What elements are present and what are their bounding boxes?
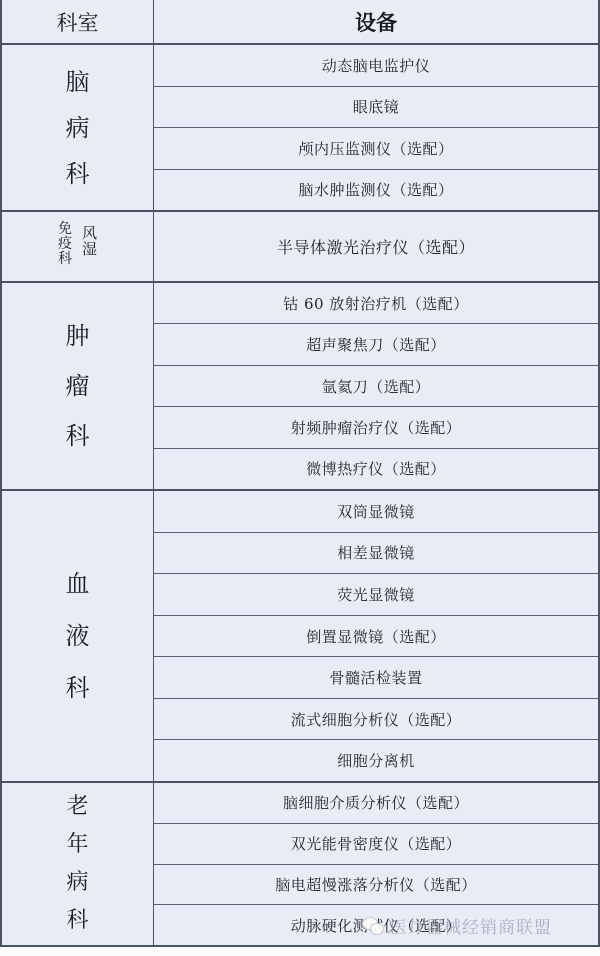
equipment-item: 射频肿瘤治疗仪（选配） (154, 407, 598, 448)
equipment-item: 脑细胞介质分析仪（选配） (154, 783, 598, 824)
header-department: 科室 (2, 0, 154, 43)
department-cell-oncology: 肿 瘤 科 (2, 283, 154, 489)
equipment-item: 半导体激光治疗仪（选配） (154, 212, 598, 281)
equipment-item: 动态脑电监护仪 (154, 45, 598, 87)
header-equipment: 设备 (154, 0, 598, 43)
equipment-item: 细胞分离机 (154, 740, 598, 781)
table-header-row: 科室 设备 (2, 0, 598, 45)
department-column-left: 免 疫 科 (58, 222, 72, 266)
section-hematology: 血 液 科 双筒显微镜 相差显微镜 荧光显微镜 倒置显微镜（选配） 骨髓活检装置… (2, 491, 598, 783)
section-geriatrics: 老 年 病 科 脑细胞介质分析仪（选配） 双光能骨密度仪（选配） 脑电超慢涨落分… (2, 783, 598, 945)
equipment-item: 氩氦刀（选配） (154, 366, 598, 407)
department-char: 病 (66, 116, 90, 140)
equipment-item: 双筒显微镜 (154, 491, 598, 533)
department-column-right: 风 湿 (82, 226, 97, 258)
department-char: 免 (58, 222, 72, 237)
equipment-item: 微博热疗仪（选配） (154, 449, 598, 489)
equipment-item: 骨髓活检装置 (154, 657, 598, 699)
section-neurology: 脑 病 科 动态脑电监护仪 眼底镜 颅内压监测仪（选配） 脑水肿监测仪（选配） (2, 45, 598, 212)
equipment-item: 相差显微镜 (154, 533, 598, 575)
department-char: 液 (66, 624, 90, 648)
section-rheumatology-immunology: 免 疫 科 风 湿 半导体激光治疗仪（选配） (2, 212, 598, 283)
department-char: 湿 (82, 242, 97, 258)
section-oncology: 肿 瘤 科 钴 60 放射治疗机（选配） 超声聚焦刀（选配） 氩氦刀（选配） 射… (2, 283, 598, 491)
equipment-item: 动脉硬化测试仪（选配） (154, 905, 598, 945)
department-char: 科 (66, 676, 90, 700)
equipment-item: 超声聚焦刀（选配） (154, 324, 598, 365)
department-char: 血 (66, 572, 90, 596)
department-char: 脑 (66, 70, 90, 94)
equipment-list: 脑细胞介质分析仪（选配） 双光能骨密度仪（选配） 脑电超慢涨落分析仪（选配） 动… (154, 783, 598, 945)
equipment-item: 荧光显微镜 (154, 574, 598, 616)
equipment-item: 颅内压监测仪（选配） (154, 128, 598, 170)
equipment-item: 流式细胞分析仪（选配） (154, 699, 598, 741)
department-cell-neurology: 脑 病 科 (2, 45, 154, 210)
equipment-list: 钴 60 放射治疗机（选配） 超声聚焦刀（选配） 氩氦刀（选配） 射频肿瘤治疗仪… (154, 283, 598, 489)
equipment-item: 钴 60 放射治疗机（选配） (154, 283, 598, 324)
equipment-list: 动态脑电监护仪 眼底镜 颅内压监测仪（选配） 脑水肿监测仪（选配） (154, 45, 598, 210)
equipment-item: 倒置显微镜（选配） (154, 616, 598, 658)
department-char: 科 (66, 162, 90, 186)
department-cell-rheumatology-immunology: 免 疫 科 风 湿 (2, 212, 154, 281)
equipment-list: 半导体激光治疗仪（选配） (154, 212, 598, 281)
department-char: 瘤 (66, 374, 90, 398)
department-char: 科 (58, 252, 72, 267)
equipment-list: 双筒显微镜 相差显微镜 荧光显微镜 倒置显微镜（选配） 骨髓活检装置 流式细胞分… (154, 491, 598, 781)
department-char: 疫 (58, 237, 72, 252)
department-char: 肿 (66, 324, 90, 348)
equipment-table: 科室 设备 脑 病 科 动态脑电监护仪 眼底镜 颅内压监测仪（选配） 脑水肿监测… (0, 0, 600, 947)
department-char: 老 (66, 796, 88, 818)
department-cell-hematology: 血 液 科 (2, 491, 154, 781)
equipment-item: 脑电超慢涨落分析仪（选配） (154, 865, 598, 906)
equipment-item: 双光能骨密度仪（选配） (154, 824, 598, 865)
department-char: 科 (66, 424, 90, 448)
department-cell-geriatrics: 老 年 病 科 (2, 783, 154, 945)
department-char: 年 (66, 834, 88, 856)
department-char: 病 (66, 872, 88, 894)
department-char: 科 (66, 910, 88, 932)
equipment-item: 脑水肿监测仪（选配） (154, 170, 598, 211)
equipment-item: 眼底镜 (154, 87, 598, 129)
